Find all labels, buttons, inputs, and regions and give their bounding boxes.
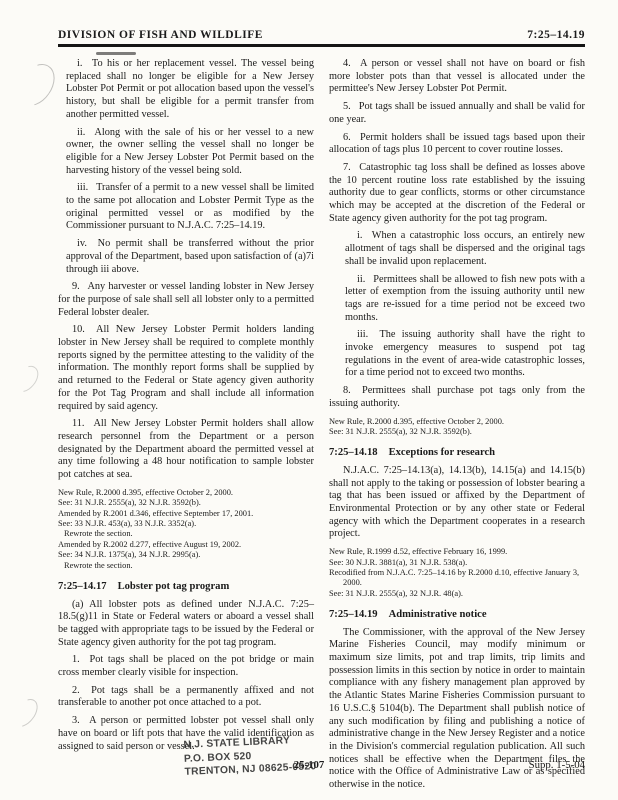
section-number: 7:25–14.17	[58, 581, 107, 592]
section-number: 7:25–14.19	[329, 609, 378, 620]
section-heading: 7:25–14.18Exceptions for research	[329, 447, 585, 460]
paragraph: iv. No permit shall be transferred witho…	[66, 238, 314, 276]
paragraph: 9. Any harvester or vessel landing lobst…	[58, 281, 314, 319]
paragraph: (a) All lobster pots as defined under N.…	[58, 599, 314, 650]
section-title: Administrative notice	[389, 609, 487, 620]
paragraph: 11. All New Jersey Lobster Permit holder…	[58, 418, 314, 482]
citation-line: Recodified from N.J.A.C. 7:25–14.16 by R…	[329, 568, 585, 589]
header-title: DIVISION OF FISH AND WILDLIFE	[58, 29, 263, 41]
section-number: 7:25–14.18	[329, 447, 378, 458]
right-column: 4. A person or vessel shall not have on …	[329, 57, 585, 800]
paragraph: 4. A person or vessel shall not have on …	[329, 58, 585, 96]
paragraph: 1. Pot tags shall be placed on the pot b…	[58, 654, 314, 679]
library-stamp: N.J. STATE LIBRARY P.O. BOX 520 TRENTON,…	[183, 733, 316, 779]
section-heading: 7:25–14.19Administrative notice	[329, 609, 585, 622]
section-heading: 7:25–14.17Lobster pot tag program	[58, 581, 314, 594]
citation-line: See: 31 N.J.R. 2555(a), 32 N.J.R. 48(a).	[329, 589, 585, 599]
pencil-mark	[10, 57, 63, 113]
scan-smudge	[96, 52, 136, 55]
citation-block: New Rule, R.1999 d.52, effective Februar…	[329, 547, 585, 599]
paragraph: iii. Transfer of a permit to a new vesse…	[66, 182, 314, 233]
paragraph: i. To his or her replacement vessel. The…	[66, 58, 314, 122]
section-title: Lobster pot tag program	[118, 581, 230, 592]
citation-block: New Rule, R.2000 d.395, effective Octobe…	[329, 417, 585, 438]
paragraph: 5. Pot tags shall be issued annually and…	[329, 101, 585, 126]
citation-line: See: 30 N.J.R. 3881(a), 31 N.J.R. 538(a)…	[329, 558, 585, 568]
paragraph: i. When a catastrophic loss occurs, an e…	[345, 230, 585, 268]
citation-line: See: 31 N.J.R. 2555(a), 32 N.J.R. 3592(b…	[58, 498, 314, 508]
citation-line: New Rule, R.2000 d.395, effective Octobe…	[58, 488, 314, 498]
page-header: DIVISION OF FISH AND WILDLIFE 7:25–14.19	[58, 29, 585, 47]
citation-line: See: 34 N.J.R. 1375(a), 34 N.J.R. 2995(a…	[58, 550, 314, 560]
paragraph: 6. Permit holders shall be issued tags b…	[329, 132, 585, 157]
citation-line: Rewrote the section.	[58, 529, 314, 539]
pencil-mark	[9, 361, 44, 397]
citation-line: Rewrote the section.	[58, 561, 314, 571]
document-page: DIVISION OF FISH AND WILDLIFE 7:25–14.19…	[0, 0, 618, 800]
pencil-mark	[7, 694, 42, 732]
citation-line: Amended by R.2002 d.277, effective Augus…	[58, 540, 314, 550]
supplement-date: Supp. 1-5-04	[529, 759, 585, 771]
left-column: i. To his or her replacement vessel. The…	[58, 57, 314, 800]
paragraph: iii. The issuing authority shall have th…	[345, 329, 585, 380]
page-number: 25-107	[0, 759, 618, 771]
two-column-body: i. To his or her replacement vessel. The…	[58, 57, 585, 800]
paragraph: N.J.A.C. 7:25–14.13(a), 14.13(b), 14.15(…	[329, 465, 585, 541]
section-title: Exceptions for research	[389, 447, 496, 458]
paragraph: ii. Permittees shall be allowed to fish …	[345, 274, 585, 325]
citation-line: Amended by R.2001 d.346, effective Septe…	[58, 509, 314, 519]
header-rule	[58, 44, 585, 47]
paragraph: 2. Pot tags shall be a permanently affix…	[58, 685, 314, 710]
citation-line: See: 31 N.J.R. 2555(a), 32 N.J.R. 3592(b…	[329, 427, 585, 437]
paragraph: 8. Permittees shall purchase pot tags on…	[329, 385, 585, 410]
citation-block: New Rule, R.2000 d.395, effective Octobe…	[58, 488, 314, 571]
header-section-code: 7:25–14.19	[527, 29, 585, 41]
paragraph: 7. Catastrophic tag loss shall be define…	[329, 162, 585, 226]
paragraph: ii. Along with the sale of his or her ve…	[66, 127, 314, 178]
paragraph: 10. All New Jersey Lobster Permit holder…	[58, 324, 314, 413]
citation-line: See: 33 N.J.R. 453(a), 33 N.J.R. 3352(a)…	[58, 519, 314, 529]
citation-line: New Rule, R.2000 d.395, effective Octobe…	[329, 417, 585, 427]
citation-line: New Rule, R.1999 d.52, effective Februar…	[329, 547, 585, 557]
